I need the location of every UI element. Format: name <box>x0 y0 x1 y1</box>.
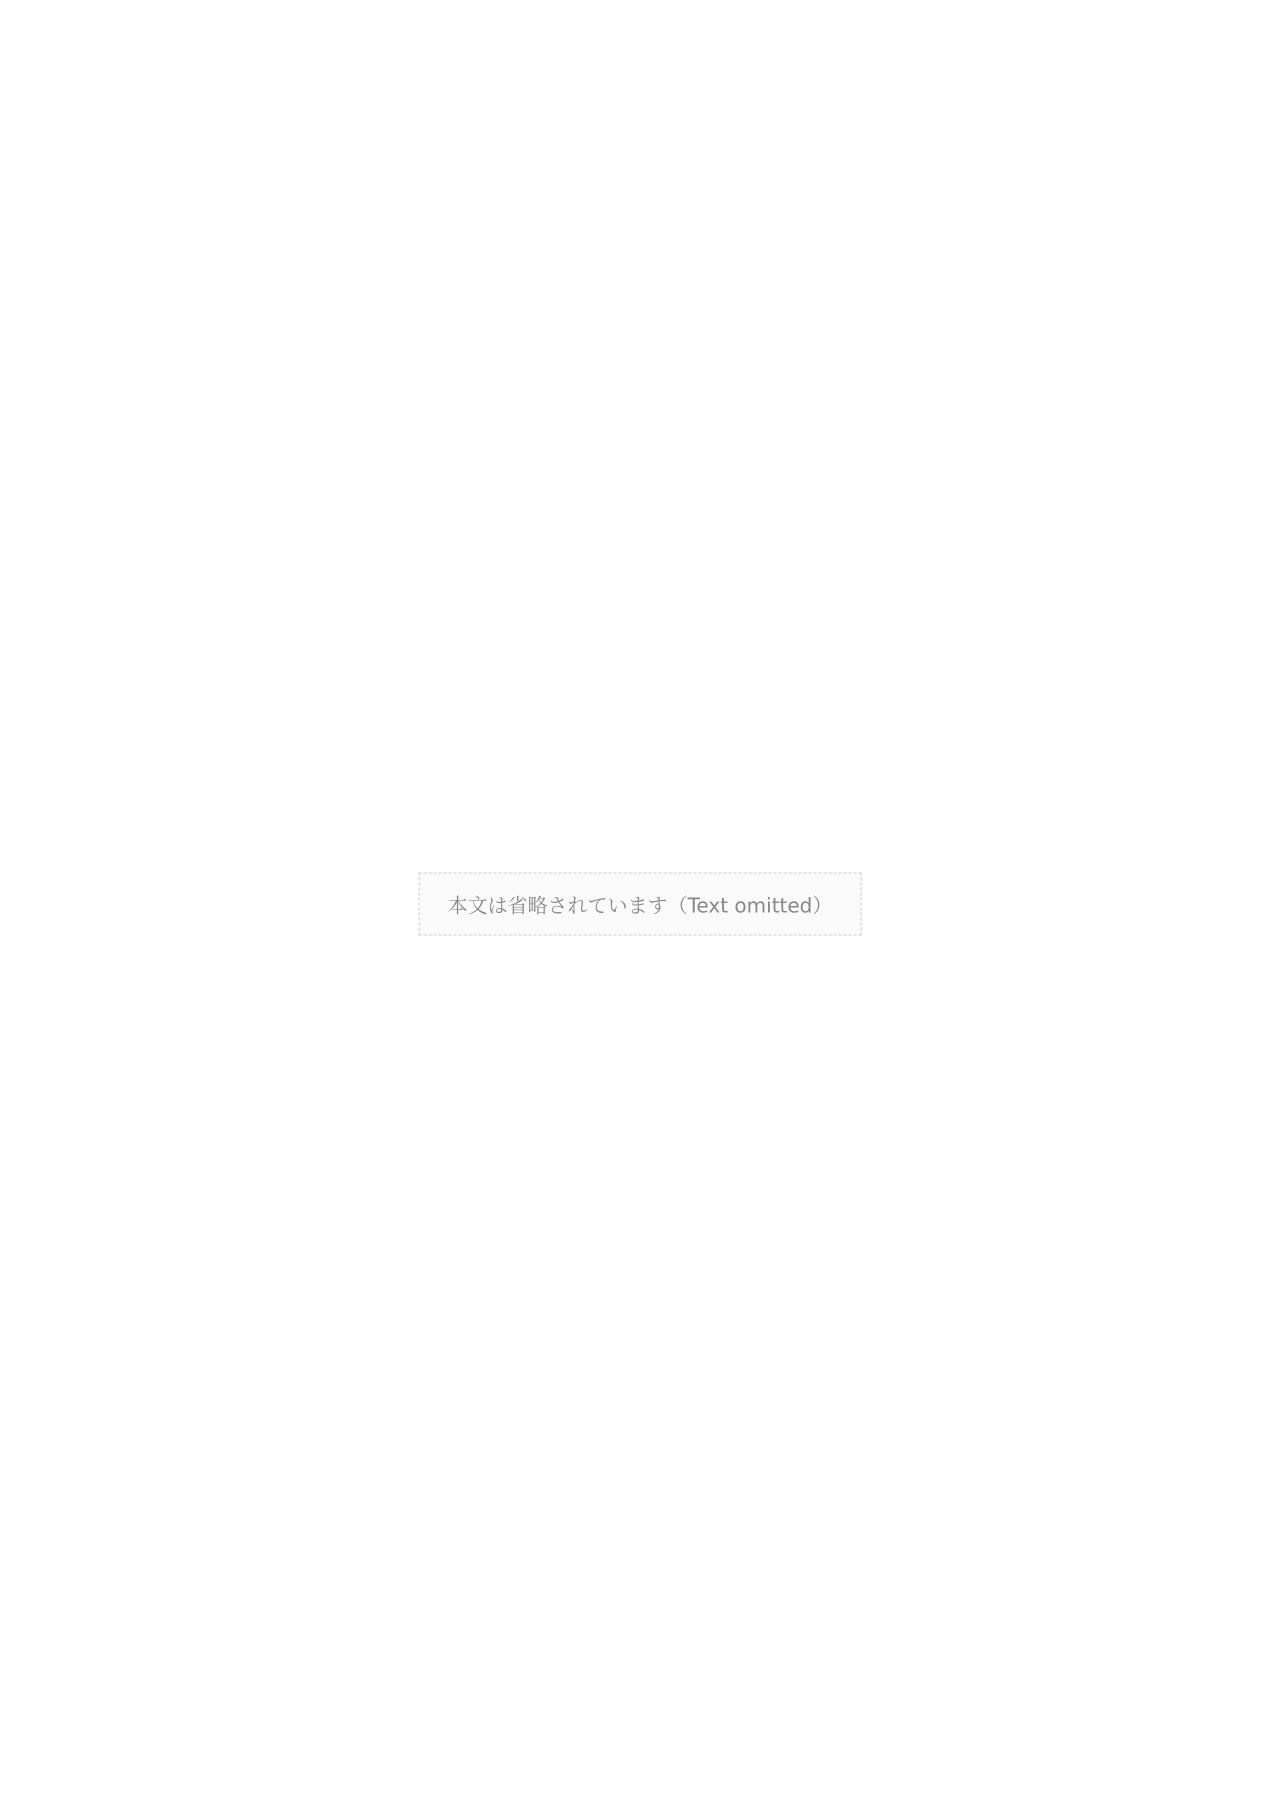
redaction-notice: 本文は省略されています（Text omitted） <box>419 873 862 936</box>
book-page: 本文は省略されています（Text omitted） <box>0 0 1280 1808</box>
text-block-bottom <box>90 960 1190 1720</box>
text-block-top <box>90 70 1190 830</box>
